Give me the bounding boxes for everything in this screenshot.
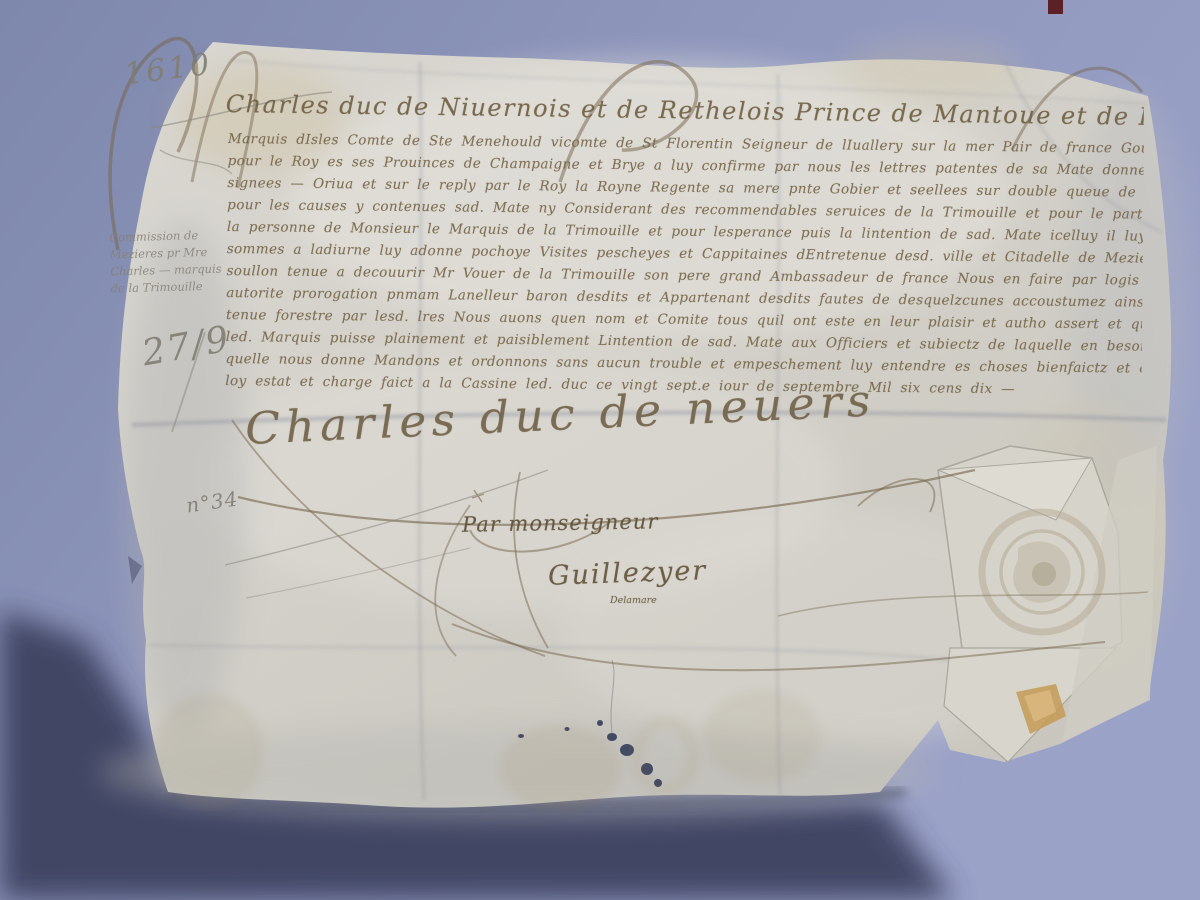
countersignature-intro: Par monseigneur: [462, 509, 659, 536]
margin-year-note: 1610: [122, 47, 214, 93]
margin-note-line: Charles — marquis: [110, 261, 222, 281]
margin-note-line: de la Trimouille: [110, 278, 222, 298]
margin-date-note: 27/9: [139, 319, 234, 375]
handwriting-layer: 1610 Commission deMezieres pr MreCharles…: [0, 0, 1200, 900]
document-body: Marquis dIsles Comte de Ste Menehould vi…: [225, 128, 1144, 402]
photograph-of-manuscript: 1610 Commission deMezieres pr MreCharles…: [0, 0, 1200, 900]
margin-commission-note: Commission deMezieres pr MreCharles — ma…: [109, 227, 222, 298]
signature-secretary-note: Delamare: [610, 595, 657, 606]
margin-number-note: n°34: [185, 486, 240, 517]
document-heading: Charles duc de Niuernois et de Rethelois…: [226, 90, 1144, 131]
signature-secretary: Guillezyer: [548, 555, 708, 592]
